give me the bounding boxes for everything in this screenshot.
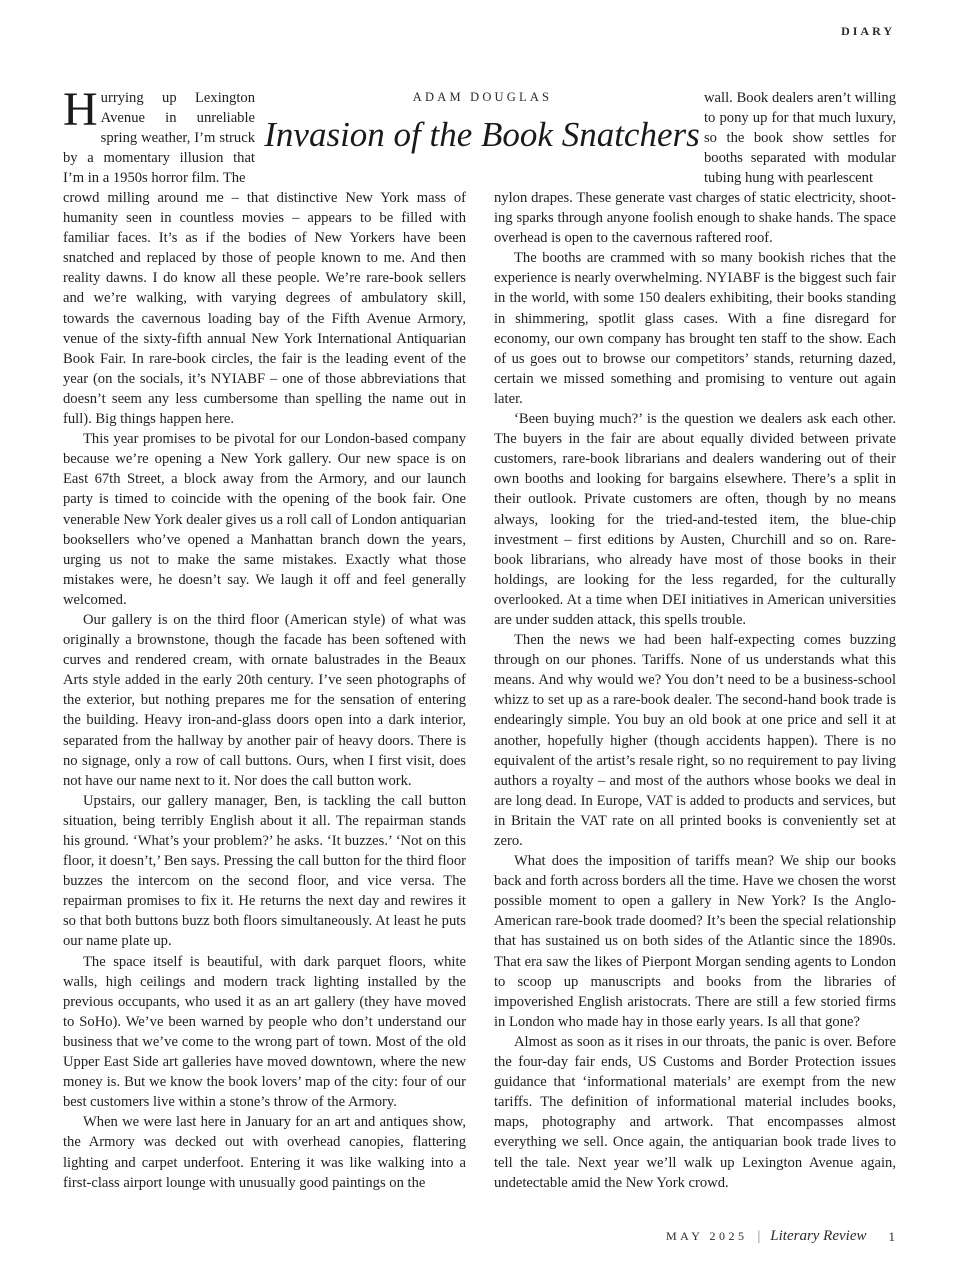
body-paragraph: wall. Book dealers aren’t willing to pon… <box>704 88 896 188</box>
page-footer: MAY 2025 | Literary Review 1 <box>666 1228 895 1245</box>
body-paragraph: The space itself is beautiful, with dark… <box>63 952 466 1113</box>
publication-name: Literary Review <box>770 1228 866 1245</box>
body-paragraph: The booths are crammed with so many book… <box>494 248 896 409</box>
footer-divider: | <box>757 1229 760 1245</box>
body-paragraph: What does the imposition of tariffs mean… <box>494 851 896 1032</box>
section-label: DIARY <box>841 24 895 39</box>
article-column-left: crowd milling around me – that distincti… <box>63 188 466 1193</box>
body-paragraph: This year promises to be pivotal for our… <box>63 429 466 610</box>
page-number: 1 <box>889 1229 896 1245</box>
body-paragraph: nylon drapes. These generate vast charge… <box>494 188 896 248</box>
issue-date: MAY 2025 <box>666 1229 747 1244</box>
article-intro-left: Hurrying up Lexington Avenue in unreliab… <box>63 88 255 188</box>
author-byline: ADAM DOUGLAS <box>270 90 695 105</box>
article-title: Invasion of the Book Snatchers <box>262 112 702 158</box>
article-column-right: nylon drapes. These generate vast charge… <box>494 188 896 1193</box>
body-paragraph: crowd milling around me – that distincti… <box>63 188 466 429</box>
body-paragraph: Our gallery is on the third floor (Ameri… <box>63 610 466 791</box>
body-paragraph: When we were last here in January for an… <box>63 1112 466 1192</box>
body-paragraph: Then the news we had been half-expecting… <box>494 630 896 851</box>
intro-paragraph: Hurrying up Lexington Avenue in unreliab… <box>63 88 255 188</box>
article-intro-right: wall. Book dealers aren’t willing to pon… <box>704 88 896 188</box>
body-paragraph: Almost as soon as it rises in our throat… <box>494 1032 896 1193</box>
body-paragraph: ‘Been buying much?’ is the question we d… <box>494 409 896 630</box>
body-paragraph: Upstairs, our gallery manager, Ben, is t… <box>63 791 466 952</box>
drop-cap: H <box>63 91 98 129</box>
